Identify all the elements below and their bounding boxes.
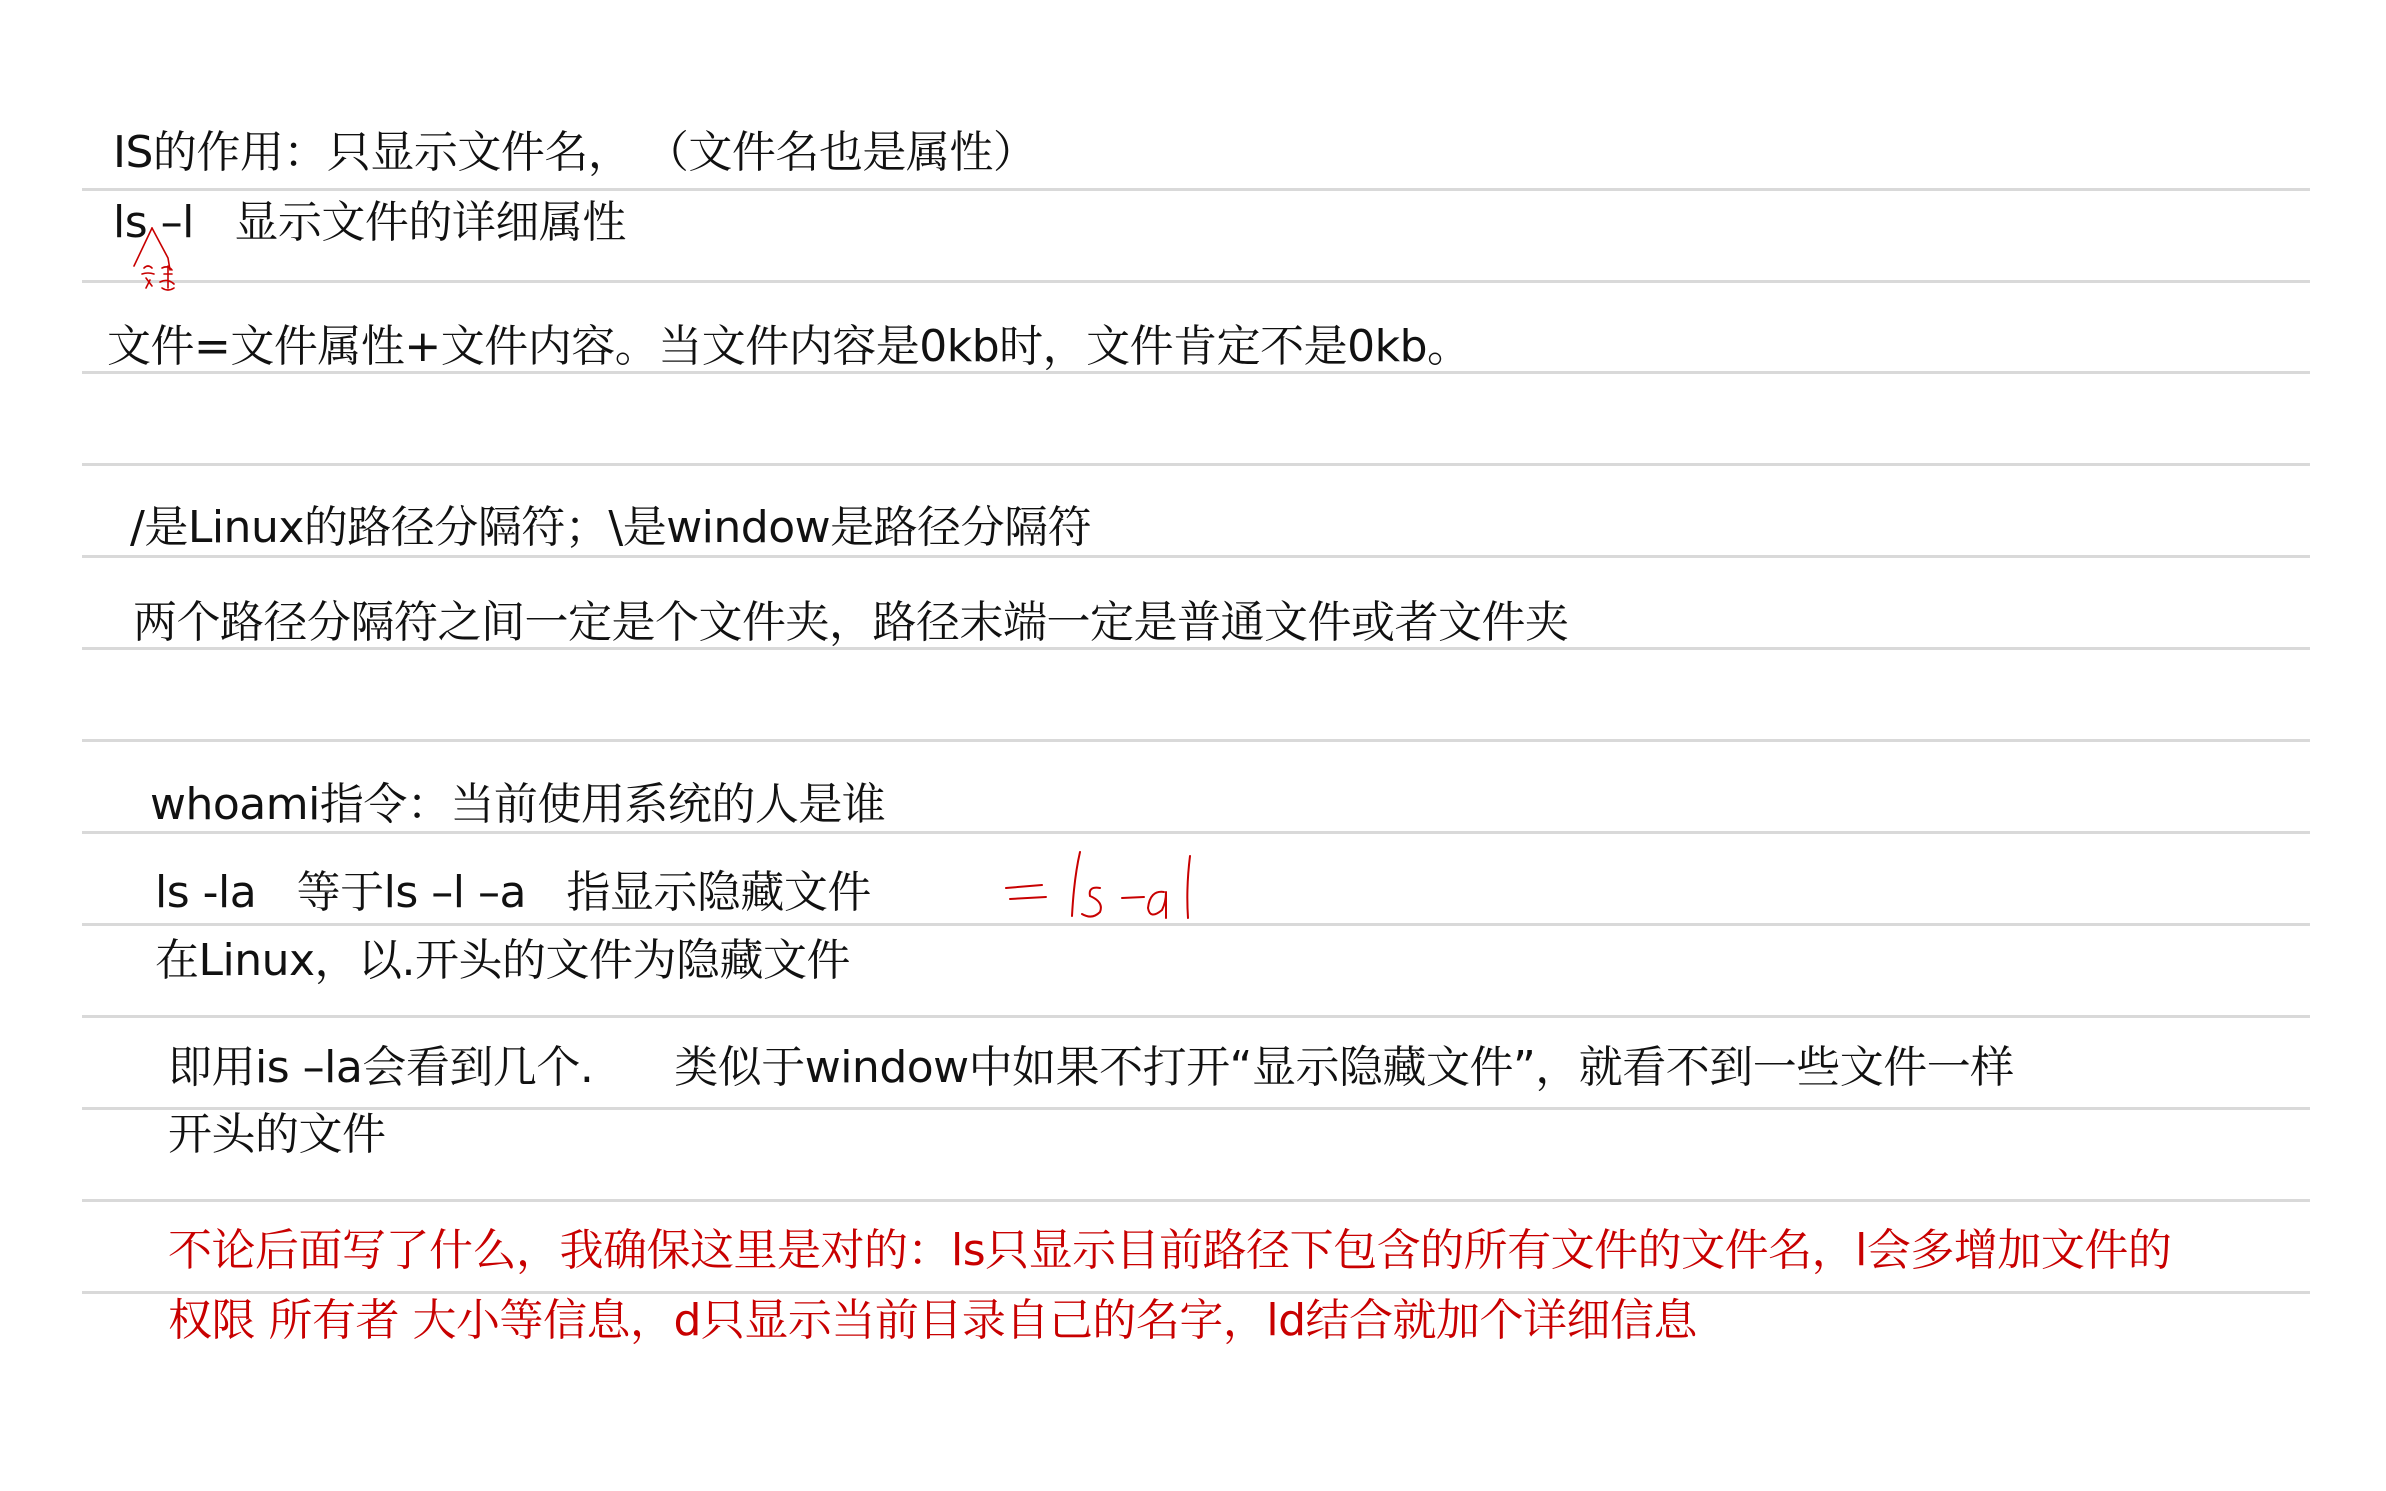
red-summary-line-1: 不论后面写了什么，我确保这里是对的：ls只显示目前路径下包含的所有文件的文件名，… [168,1229,2171,1273]
ruled-line [82,1015,2310,1018]
ruled-line [82,555,2310,558]
ruled-line [82,923,2310,926]
note-path-separator: /是Linux的路径分隔符；\是window是路径分隔符 [130,506,1091,550]
ruled-line [82,831,2310,834]
note-dot-files: 开头的文件 [168,1113,386,1157]
ruled-line [82,280,2310,283]
red-summary-line-2: 权限 所有者 大小等信息，d只显示当前目录自己的名字，ld结合就加个详细信息 [168,1299,1697,1343]
ruled-line [82,1291,2310,1294]
note-path-rule: 两个路径分隔符之间一定是个文件夹，路径末端一定是普通文件或者文件夹 [133,601,1569,645]
handwritten-equals-ls-al-icon [992,848,1202,928]
ruled-line [82,463,2310,466]
note-windows-analogy: 即用is –la会看到几个. 类似于window中如果不打开“显示隐藏文件”，就… [168,1046,2014,1090]
ruled-line [82,1199,2310,1202]
note-ls-la: ls -la 等于ls –l –a 指显示隐藏文件 [155,871,871,915]
note-file-equation: 文件=文件属性+文件内容。当文件内容是0kb时，文件肯定不是0kb。 [107,325,1471,369]
ruled-line [82,739,2310,742]
notes-page: IS的作用：只显示文件名， （文件名也是属性） ls –l 显示文件的详细属性 … [0,0,2386,1491]
ruled-line [82,1107,2310,1110]
note-whoami: whoami指令：当前使用系统的人是谁 [150,783,885,827]
note-ls-l: ls –l 显示文件的详细属性 [113,201,626,245]
ruled-line [82,188,2310,191]
note-hidden-files: 在Linux，以.开头的文件为隐藏文件 [155,939,850,983]
note-ls-purpose: IS的作用：只显示文件名， （文件名也是属性） [113,131,1036,175]
